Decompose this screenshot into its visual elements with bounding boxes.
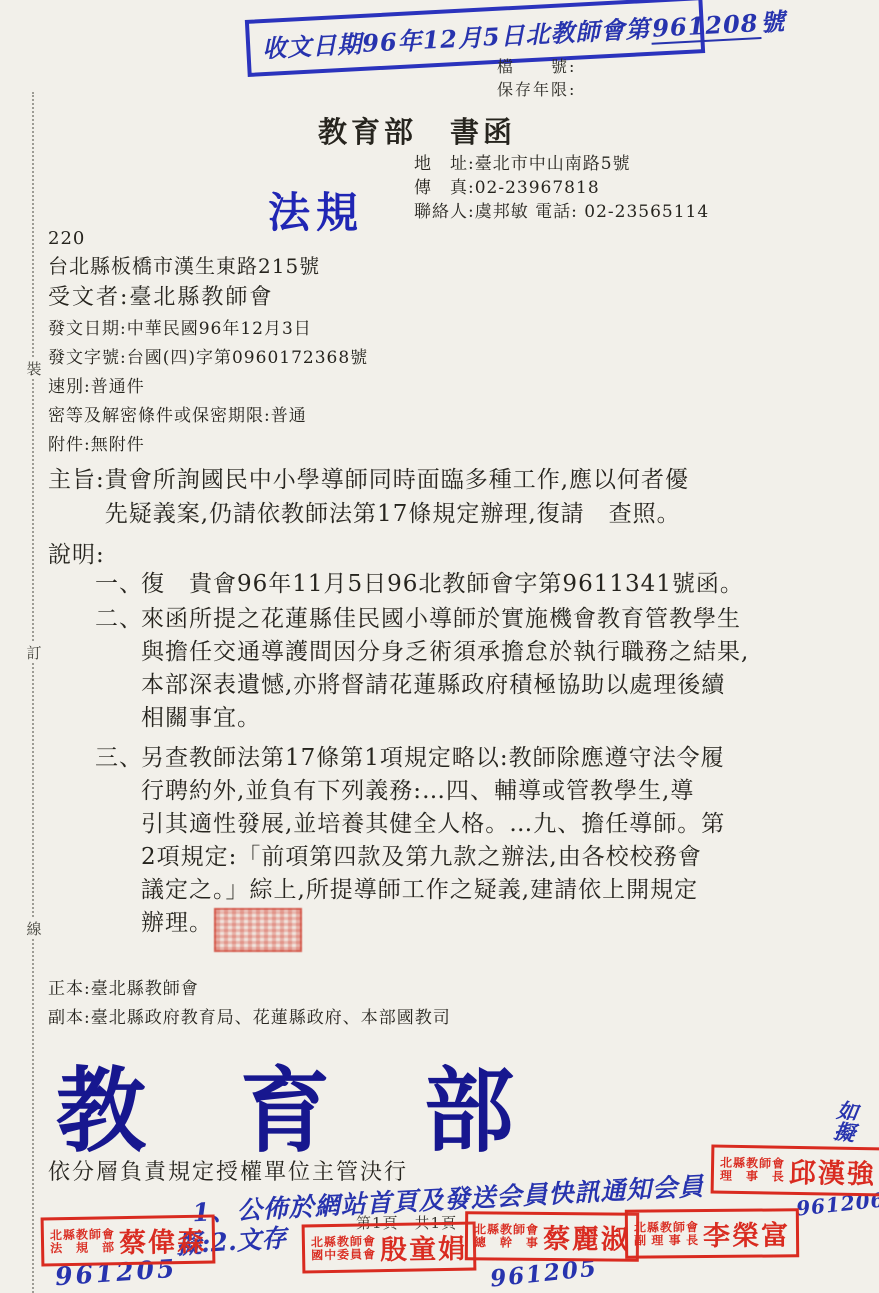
explanation-label: 說明:: [48, 536, 105, 569]
contact-block: 地 址:臺北市中山南路5號 傳 真:02-23967818 聯絡人:虞邦敏 電話…: [414, 152, 709, 224]
contact-address: 地 址:臺北市中山南路5號: [414, 152, 709, 176]
received-stamp-number: 961208: [650, 8, 762, 45]
contact-fax: 傳 真:02-23967818: [414, 176, 709, 200]
copies-block: 正本:臺北縣教師會 副本:臺北縣政府教育局、花蓮縣政府、本部國教司: [48, 975, 451, 1033]
meta-attachment: 附件:無附件: [48, 431, 368, 460]
seal-org-title: 北縣教師會 副理事長: [634, 1221, 698, 1248]
explanation-item-1: 一、 復 貴會96年11月5日96北教師會字第9611341號函。: [95, 568, 744, 601]
meta-speed: 速別:普通件: [48, 373, 368, 402]
subject-paragraph: 主旨: 貴會所詢國民中小學導師同時面臨多種工作,應以何者優 先疑義案,仍請依教師…: [48, 463, 689, 531]
retention-label: 保存年限:: [497, 78, 576, 101]
seal-name: 殷童娟: [380, 1227, 468, 1268]
seal-junior-high-committee-yintongjuan: 北縣教師會 國中委員會 殷童娟: [302, 1221, 477, 1273]
seal-title: 法規部: [50, 1241, 114, 1255]
item-line: 來函所提之花蓮縣佳民國小導師於實施機會教育管教學生: [141, 603, 749, 636]
item-line: 相關事宜。: [141, 702, 749, 735]
meta-date: 發文日期:中華民國96年12月3日: [48, 315, 368, 344]
contact-person: 聯絡人:虞邦敏 電話: 02-23565114: [414, 200, 709, 224]
seal-org-title: 北縣教師會 法規部: [50, 1228, 114, 1255]
document-meta: 發文日期:中華民國96年12月3日 發文字號:台國(四)字第0960172368…: [48, 315, 368, 460]
seal-title: 國中委員會: [311, 1248, 375, 1262]
item-line: 議定之。」綜上,所提導師工作之疑義,建請依上開規定: [141, 874, 725, 907]
recipient-street: 台北縣板橋市漢生東路215號: [48, 250, 320, 279]
item-line: 2項規定:「前項第四款及第九款之辦法,由各校校務會: [141, 841, 725, 874]
item-3-label: 三、: [95, 742, 141, 940]
subject-line: 先疑義案,仍請依教師法第17條規定辦理,復請 查照。: [105, 497, 689, 531]
seal-org: 北縣教師會: [474, 1223, 538, 1237]
item-1-text: 復 貴會96年11月5日96北教師會字第9611341號函。: [141, 568, 744, 601]
seal-org: 北縣教師會: [634, 1221, 698, 1235]
item-line: 引其適性發展,並培養其健全人格。…九、擔任導師。第: [141, 808, 725, 841]
seal-name: 李榮富: [703, 1213, 790, 1253]
received-stamp-prefix: 收文日期96年12月5日北教師會第: [262, 14, 651, 63]
meta-security: 密等及解密條件或保密期限:普通: [48, 402, 368, 431]
seal-org-title: 北縣教師會 理事長: [720, 1156, 784, 1183]
file-number-block: 檔 號: 保存年限:: [497, 55, 576, 101]
binding-mark-xian: 線: [22, 918, 46, 939]
delegation-statement: 依分層負責規定授權單位主管決行: [48, 1155, 408, 1186]
document-title: 教育部 書函: [318, 110, 516, 151]
seal-name: 邱漢強: [789, 1151, 877, 1192]
seal-org-title: 北縣教師會 國中委員會: [311, 1235, 375, 1262]
item-line: 本部深表遺憾,亦將督請花蓮縣政府積極協助以處理後續: [141, 669, 749, 702]
ministry-calligraphy-signature: 教 育 部: [56, 1037, 516, 1170]
seal-title: 理事長: [720, 1169, 784, 1183]
binding-dotted-line: [32, 92, 34, 1293]
subject-text: 貴會所詢國民中小學導師同時面臨多種工作,應以何者優 先疑義案,仍請依教師法第17…: [105, 463, 689, 531]
seal-vice-chairman-lirongfu: 北縣教師會 副理事長 李榮富: [625, 1208, 799, 1259]
seal-name: 蔡偉森: [119, 1220, 207, 1261]
seal-secretary-general-cailishu: 北縣教師會 總幹事 蔡麗淑: [465, 1211, 639, 1262]
item-2-label: 二、: [95, 603, 141, 735]
seal-title: 副理事長: [634, 1234, 698, 1248]
file-number-label: 檔 號:: [497, 55, 576, 78]
received-stamp-suffix: 號: [760, 7, 786, 37]
meta-doc-no: 發文字號:台國(四)字第0960172368號: [48, 344, 368, 373]
seal-org-title: 北縣教師會 總幹事: [474, 1223, 538, 1250]
law-dept-stamp: 法規: [268, 180, 364, 240]
small-red-approval-seal-icon: [214, 908, 302, 952]
seal-law-dept-caiweisen: 北縣教師會 法規部 蔡偉森: [41, 1214, 216, 1266]
copy-original: 正本:臺北縣教師會: [48, 975, 451, 1004]
received-date-stamp: 收文日期96年12月5日北教師會第961208號: [245, 0, 705, 77]
item-line: 行聘約外,並負有下列義務:…四、輔導或管教學生,導: [141, 775, 725, 808]
binding-mark-ding: 訂: [22, 642, 46, 663]
scanned-official-letter: 裝 訂 線 收文日期96年12月5日北教師會第961208號 檔 號: 保存年限…: [0, 0, 879, 1293]
item-line: 另查教師法第17條第1項規定略以:教師除應遵守法令履: [141, 742, 725, 775]
item-line: 復 貴會96年11月5日96北教師會字第9611341號函。: [141, 568, 744, 601]
copy-cc: 副本:臺北縣政府教育局、花蓮縣政府、本部國教司: [48, 1004, 451, 1033]
seal-chairman-qiuhanqiang: 北縣教師會 理事長 邱漢強: [711, 1144, 879, 1196]
item-1-label: 一、: [95, 568, 141, 601]
binding-mark-zhuang: 裝: [22, 358, 46, 379]
explanation-item-3: 三、 另查教師法第17條第1項規定略以:教師除應遵守法令履 行聘約外,並負有下列…: [95, 742, 725, 940]
seal-name: 蔡麗淑: [543, 1217, 630, 1257]
item-line: 與擔任交通導護間因分身乏術須承擔怠於執行職務之結果,: [141, 636, 749, 669]
subject-line: 貴會所詢國民中小學導師同時面臨多種工作,應以何者優: [105, 463, 689, 497]
recipient-zip: 220: [48, 228, 85, 249]
explanation-item-2: 二、 來函所提之花蓮縣佳民國小導師於實施機會教育管教學生 與擔任交通導護間因分身…: [95, 603, 749, 735]
subject-label: 主旨:: [48, 463, 105, 531]
item-2-text: 來函所提之花蓮縣佳民國小導師於實施機會教育管教學生 與擔任交通導護間因分身乏術須…: [141, 603, 749, 735]
handwritten-approval: 如擬: [827, 1098, 863, 1144]
recipient-name: 受文者:臺北縣教師會: [48, 280, 273, 311]
seal-title: 總幹事: [474, 1236, 538, 1250]
